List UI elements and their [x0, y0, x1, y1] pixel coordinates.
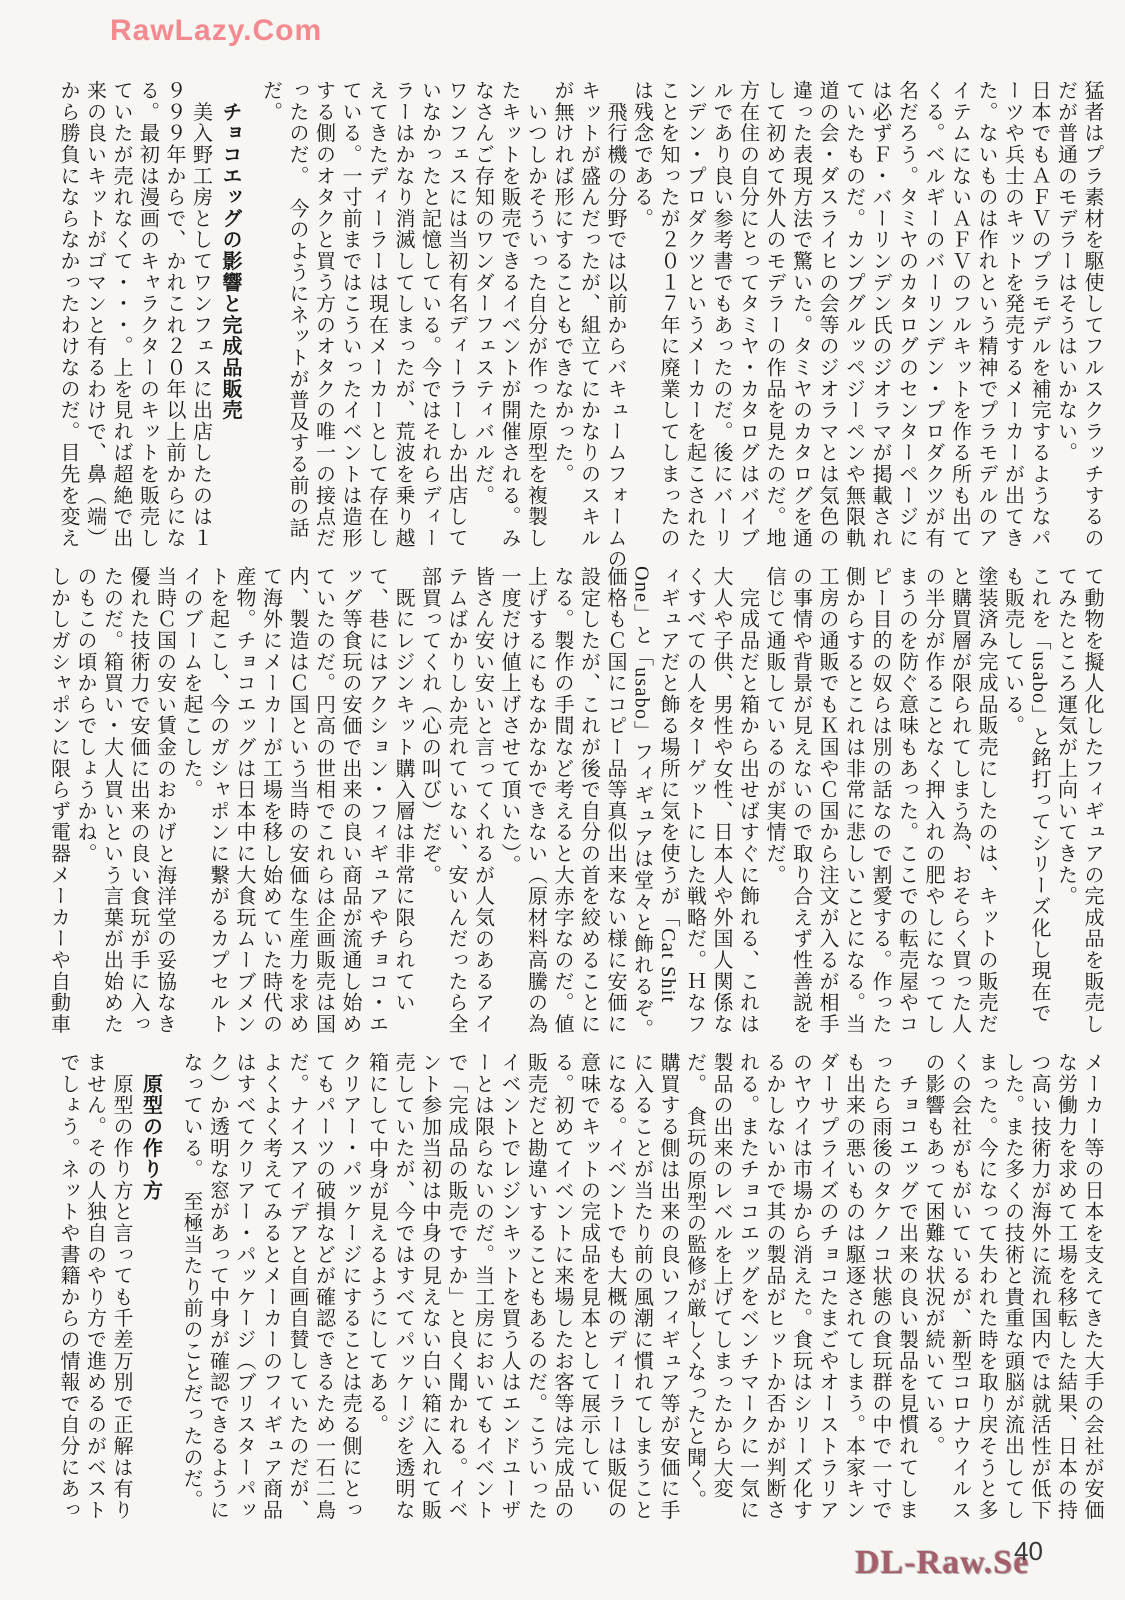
- text-column: くる。ベルギーのバーリンデン・プロダクツが有: [920, 80, 947, 558]
- text-column: に入ることが当たり前の風潮に慣れてしまうこと: [628, 1052, 655, 1530]
- text-column: と購買層が限られてしまう為、おそらく買った人: [946, 566, 973, 1044]
- text-column: いなかったと記憶している。今ではそれらディー: [416, 80, 443, 558]
- text-column: 方在住の自分にとってタミヤ・カタログはバイブ: [734, 80, 761, 558]
- text-column: くの会社がもがいているが、新型コロナウイルス: [946, 1052, 973, 1530]
- text-column: なっている。 至極当たり前のことだったのだ。: [178, 1052, 205, 1530]
- text-column: になる。イベントでも大概のディーラーは販促の: [602, 1052, 629, 1530]
- text-column: 完成品だと箱から出せばすぐに飾れる、これは: [734, 566, 761, 1044]
- text-column: ルであり良い参考書でもあったのだ。後にバーリ: [708, 80, 735, 558]
- text-column: トを起こし、今のガシャポンに繋がるカプセルト: [204, 566, 231, 1044]
- text-column: ったら雨後のタケノコ状態の食玩群の中で一寸で: [867, 1052, 894, 1530]
- text-column: 内、製造はＣ国という当時の安価な生産力を求め: [284, 566, 311, 1044]
- watermark-dlraw: DL-Raw.Se: [855, 1544, 1029, 1582]
- text-column: たのだ。箱買い・大人買いという言葉が出始めた: [98, 566, 125, 1044]
- text-column: イベントでレジンキットを買う人はエンドユーザ: [496, 1052, 523, 1530]
- text-column: これを「usabo」と銘打ってシリーズ化し現在で: [1026, 566, 1053, 1044]
- text-column: 当時Ｃ国の安い賃金のおかげと海洋堂の妥協なき: [151, 566, 178, 1044]
- text-column: だ。ナイスアイデアと自画自賛していたのだが、: [284, 1052, 311, 1530]
- text-column: まった。今になって失われた時を取り戻そうと多: [973, 1052, 1000, 1530]
- text-column: して初めて外人のモデラーの作品を見たのだ。地: [761, 80, 788, 558]
- text-column: が無ければ形にすることもできなかった。: [549, 80, 576, 558]
- text-column: 販売だと勘違いすることもあるのだ。こういった: [522, 1052, 549, 1530]
- text-column: る。最初は漫画のキャラクターのキットを販売し: [134, 80, 161, 558]
- text-column: 猛者はプラ素材を駆使してフルスクラッチするの: [1079, 80, 1106, 558]
- text-band-top: 猛者はプラ素材を駆使してフルスクラッチするのだが普通のモデラーはそうはいかない。…: [55, 80, 1106, 558]
- text-column: 既にレジンキット購入層は非常に限られてい: [390, 566, 417, 1044]
- text-column: 塗装済み完成品販売にしたのは、キットの販売だ: [973, 566, 1000, 1044]
- text-column: ラーはかなり消滅してしまったが、荒波を乗り越: [390, 80, 417, 558]
- text-column: ッグ等食玩の安価で出来の良い商品が流通し始め: [337, 566, 364, 1044]
- text-column: はすべてクリアー・パッケージ（ブリスターパッ: [231, 1052, 258, 1530]
- text-column: いつしかそういった自分が作った原型を複製し: [522, 80, 549, 558]
- text-column: 日本でもＡＦＶのプラモデルを補完するようなパ: [1026, 80, 1053, 558]
- text-column: 上げするにもなかなかできない（原材料高騰の為: [522, 566, 549, 1044]
- text-column: も出来の悪いものは駆逐されてしまう。本家キン: [840, 1052, 867, 1530]
- text-column: も販売している。: [999, 566, 1026, 1044]
- text-column: 部買ってくれ（心の叫び）だぞ。: [416, 566, 443, 1044]
- text-column: ーツや兵士のキットを発売するメーカーが出てき: [999, 80, 1026, 558]
- text-column: 箱にして中身が見えるようにしてある。: [363, 1052, 390, 1530]
- text-column: るかしないかで其の製品がヒットか否かが判断さ: [761, 1052, 788, 1530]
- text-column: だ。 食玩の原型の監修が厳しくなったと聞く。: [681, 1052, 708, 1530]
- text-column: の事情や背景が見えないので取り合えず性善説を: [787, 566, 814, 1044]
- text-column: てもパーツの破損などが確認できるため一石二鳥: [310, 1052, 337, 1530]
- text-column: イテムにないＡＦＶのフルキットを作る所も出て: [946, 80, 973, 558]
- text-column: てみたところ運気が上向いてきた。: [1052, 566, 1079, 1044]
- text-column: だ。: [257, 80, 284, 558]
- text-column: 皆さん安い安いと言ってくれるが人気のあるアイ: [469, 566, 496, 1044]
- text-column: 大人や子供、男性や女性、日本人や外国人関係な: [708, 566, 735, 1044]
- manga-page: RawLazy.Com 猛者はプラ素材を駆使してフルスクラッチするのだが普通のモ…: [0, 0, 1125, 1600]
- text-column: だが普通のモデラーはそうはいかない。: [1052, 80, 1079, 558]
- text-column: 信じて通販しているのが実情だ。: [761, 566, 788, 1044]
- text-column: ていたのだ。円高の世相でこれらは企画販売は国: [310, 566, 337, 1044]
- text-band-middle: て動物を擬人化したフィギュアの完成品を販売してみたところ運気が上向いてきた。これ…: [45, 566, 1105, 1044]
- text-column: ていたものだ。カンプグルッペジーペンや無限軌: [840, 80, 867, 558]
- text-column: 飛行機の分野では以前からバキュームフォームの: [602, 80, 629, 558]
- text-column: の半分が作ることなく押入れの肥やしになってし: [920, 566, 947, 1044]
- text-column: ク）か透明な窓があって中身が確認できるように: [204, 1052, 231, 1530]
- text-column: ーとは限らないのだ。当工房においてもイベント: [469, 1052, 496, 1530]
- text-column: て動物を擬人化したフィギュアの完成品を販売し: [1079, 566, 1106, 1044]
- text-column: 購買する側は出来の良いフィギュア等が安価に手: [655, 1052, 682, 1530]
- text-column: 工房の通販でもＫ国やＣ国から注文が入るが相手: [814, 566, 841, 1044]
- text-column: ィギュアだと飾る場所に気を使うが「Cat Shit: [655, 566, 682, 1044]
- text-column: 原型の作り方と言っても千差万別で正解は有り: [108, 1052, 135, 1530]
- text-column: な労働力を求めて工場を移転した結果、日本の持: [1052, 1052, 1079, 1530]
- text-column: たキットを販売できるイベントが開催される。み: [496, 80, 523, 558]
- text-column: ピー目的の奴らは別の話なので割愛する。作った: [867, 566, 894, 1044]
- section-heading: 原型の作り方: [137, 1052, 164, 1530]
- text-column: しかしガシャポンに限らず電器メーカーや自動車: [45, 566, 72, 1044]
- text-column: なさんご存知のワンダーフェスティバルだ。: [469, 80, 496, 558]
- text-column: は必ずＦ・バーリンデン氏のジオラマが掲載され: [867, 80, 894, 558]
- text-column: 側からするとこれは非常に悲しいことになる。当: [840, 566, 867, 1044]
- text-column: つ高い技術力が海外に流れ国内では就活性が低下: [1026, 1052, 1053, 1530]
- text-column: ダーサプライズのチョコたまごやオーストラリア: [814, 1052, 841, 1530]
- text-column: た。ないものは作れという精神でプラモデルのア: [973, 80, 1000, 558]
- text-column: チョコエッグで出来の良い製品を見慣れてしま: [893, 1052, 920, 1530]
- text-column: ません。その人独自のやり方で進めるのがベスト: [81, 1052, 108, 1530]
- text-column: ワンフェスには当初有名ディーラーしか出店して: [443, 80, 470, 558]
- text-column: の影響もあって困難な状況が続いている。: [920, 1052, 947, 1530]
- text-column: ったのだ。 今のようにネットが普及する前の話: [284, 80, 311, 558]
- watermark-rawlazy: RawLazy.Com: [110, 14, 322, 48]
- text-column: 美入野工房としてワンフェスに出店したのは１: [187, 80, 214, 558]
- section-heading: チョコエッグの影響と完成品販売: [217, 80, 244, 558]
- text-column: ことを知ったが２０１７年に廃業してしまったの: [655, 80, 682, 558]
- text-column: よくよく考えてみるとメーカーのフィギュア商品: [257, 1052, 284, 1530]
- text-column: 産物。チョコエッグは日本中に大食玩ムーブメン: [231, 566, 258, 1044]
- text-column: ている。一寸前まではこういったイベントは造形: [337, 80, 364, 558]
- text-column: する側のオタクと買う方のオタクの唯一の接点だ: [310, 80, 337, 558]
- text-column: れる。またチョコエッグをベンチマークに一気に: [734, 1052, 761, 1530]
- text-column: 一度だけ値上げさせて頂いた）。: [496, 566, 523, 1044]
- text-column: えてきたディーラーは現在メーカーとして存在し: [363, 80, 390, 558]
- text-column: て、巷にはアクション・フィギュアやチョコ・エ: [363, 566, 390, 1044]
- text-column: は残念である。: [628, 80, 655, 558]
- text-column: ンデン・プロダクツというメーカーを起こされた: [681, 80, 708, 558]
- text-column: のもこの頃からでしょうかね。: [72, 566, 99, 1044]
- text-column: 道の会・ダスライヒの会等のジオラマとは気色の: [814, 80, 841, 558]
- text-column: なる。製作の手間など考えると大赤字なのだ。値: [549, 566, 576, 1044]
- text-column: テムばかりしか売れていない、安いんだったら全: [443, 566, 470, 1044]
- text-column: 価格もＣ国にコピー品等真似出来ない様に安価に: [602, 566, 629, 1044]
- text-column: で「完成品の販売ですか」と良く聞かれる。イベ: [443, 1052, 470, 1530]
- text-column: 売していたが、今ではすべてパッケージを透明な: [390, 1052, 417, 1530]
- text-band-bottom: メーカー等の日本を支えてきた大手の会社が安価な労働力を求めて工場を移転した結果、…: [55, 1052, 1106, 1530]
- text-column: メーカー等の日本を支えてきた大手の会社が安価: [1079, 1052, 1106, 1530]
- text-column: 製品の出来のレベルを上げてしまったから大変: [708, 1052, 735, 1530]
- text-column: 来の良いキットがゴマンと有るわけで、鼻（端）: [81, 80, 108, 558]
- page-number: 40: [1014, 1536, 1043, 1567]
- text-column: から勝負にならなかったわけなのだ。目先を変え: [55, 80, 82, 558]
- text-column: ント参加当初は中身の見えない白い箱に入れて販: [416, 1052, 443, 1530]
- text-column: まうのを防ぐ意味もあった。ここでの転売屋やコ: [893, 566, 920, 1044]
- text-column: クリアー・パッケージにすることは売る側にとっ: [337, 1052, 364, 1530]
- text-column: 意味でキットの完成品を見本として展示してい: [575, 1052, 602, 1530]
- text-column: のヤウイは市場から消えた。食玩はシリーズ化す: [787, 1052, 814, 1530]
- text-column: キットが盛んだったが、組立てにかなりのスキル: [575, 80, 602, 558]
- text-column: ９９９年からで、かれこれ２０年以上前からにな: [161, 80, 188, 558]
- text-column: イのブームを起こした。: [178, 566, 205, 1044]
- text-column: 違った表現方法で驚いた。タミヤのカタログを通: [787, 80, 814, 558]
- text-column: 設定したが、これが後で自分の首を絞めることに: [575, 566, 602, 1044]
- text-column: One」と「usabo」フィギュアは堂々と飾れるぞ。: [628, 566, 655, 1044]
- text-column: くすべての人をターゲットにした戦略だ。Ｈなフ: [681, 566, 708, 1044]
- text-column: 名だろう。タミヤのカタログのセンターページに: [893, 80, 920, 558]
- text-column: でしょう。ネットや書籍からの情報で自分にあっ: [55, 1052, 82, 1530]
- text-column: した。また多くの技術と貴重な頭脳が流出してし: [999, 1052, 1026, 1530]
- text-column: 優れた技術力で安価に出来の良い食玩が手に入っ: [125, 566, 152, 1044]
- text-column: ていたが売れなくて・・・。上を見れば超絶で出: [108, 80, 135, 558]
- text-column: て海外にメーカーが工場を移し始めていた時代の: [257, 566, 284, 1044]
- text-column: る。初めてイベントに来場したお客等は完成品の: [549, 1052, 576, 1530]
